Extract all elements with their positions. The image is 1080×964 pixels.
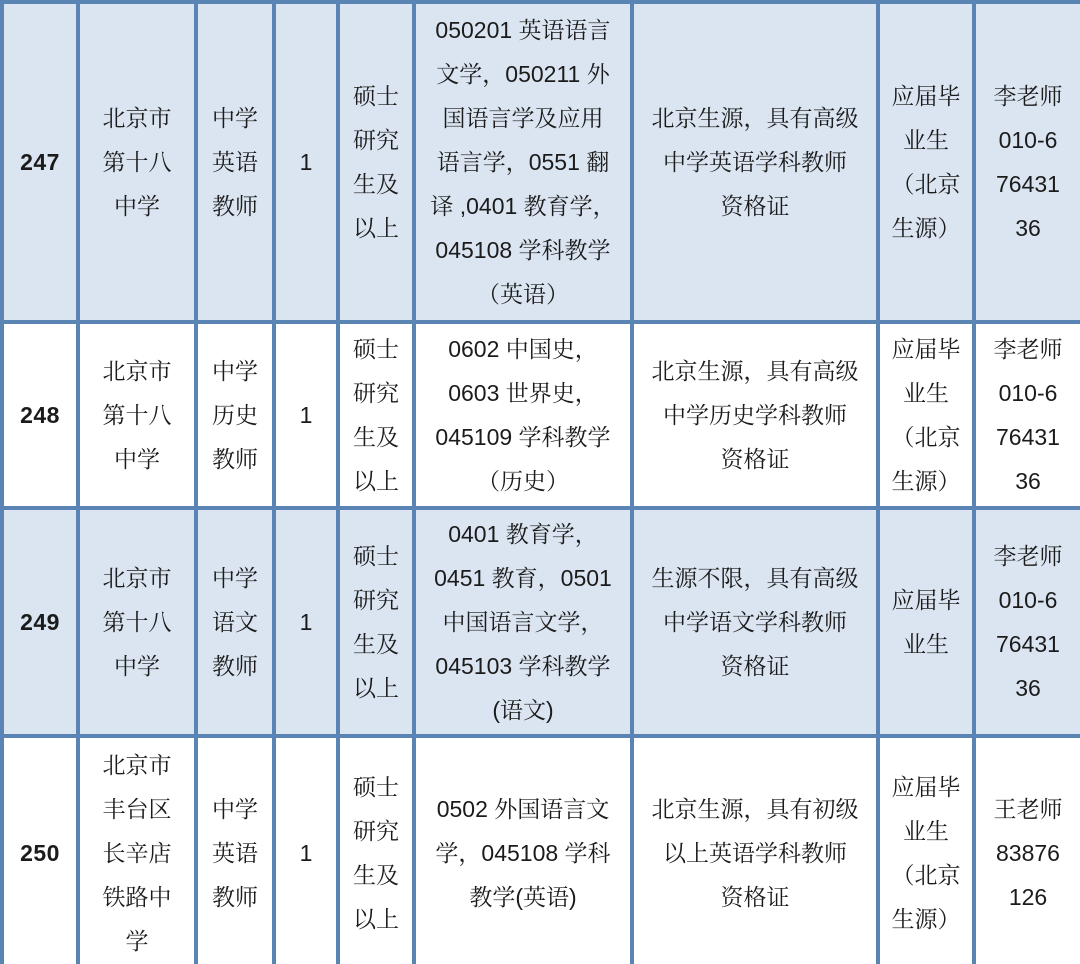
cell-school-name: 北京市 第十八 中学 [78,508,196,736]
page: 247 北京市 第十八 中学 中学 英语 教师 1 硕士 研究 生及 以上 05… [0,0,1080,964]
cell-other-requirements: 北京生源，具有高级 中学英语学科教师 资格证 [632,2,878,322]
cell-contact-info: 王老师 83876 126 [974,736,1080,964]
cell-headcount: 1 [274,508,338,736]
cell-education-requirement: 硕士 研究 生及 以上 [338,322,414,508]
cell-headcount: 1 [274,736,338,964]
table-row-250: 250 北京市 丰台区 长辛店 铁路中 学 中学 英语 教师 1 硕士 研究 生… [2,736,1080,964]
cell-row-number: 249 [2,508,78,736]
cell-graduate-type: 应届毕 业生 [878,508,974,736]
cell-major-requirements: 0401 教育学， 0451 教育，0501 中国语言文学， 045103 学科… [414,508,632,736]
cell-school-name: 北京市 第十八 中学 [78,322,196,508]
cell-education-requirement: 硕士 研究 生及 以上 [338,2,414,322]
table-row-249: 249 北京市 第十八 中学 中学 语文 教师 1 硕士 研究 生及 以上 04… [2,508,1080,736]
cell-row-number: 250 [2,736,78,964]
cell-row-number: 247 [2,2,78,322]
cell-school-name: 北京市 第十八 中学 [78,2,196,322]
cell-school-name: 北京市 丰台区 长辛店 铁路中 学 [78,736,196,964]
job-postings-table: 247 北京市 第十八 中学 中学 英语 教师 1 硕士 研究 生及 以上 05… [0,0,1080,964]
cell-graduate-type: 应届毕 业生 （北京 生源） [878,2,974,322]
cell-contact-info: 李老师 010-6 76431 36 [974,2,1080,322]
cell-other-requirements: 北京生源，具有初级 以上英语学科教师 资格证 [632,736,878,964]
cell-contact-info: 李老师 010-6 76431 36 [974,322,1080,508]
cell-graduate-type: 应届毕 业生 （北京 生源） [878,736,974,964]
cell-position-title: 中学 英语 教师 [196,736,274,964]
cell-position-title: 中学 英语 教师 [196,2,274,322]
cell-position-title: 中学 语文 教师 [196,508,274,736]
cell-major-requirements: 050201 英语语言 文学，050211 外 国语言学及应用 语言学，0551… [414,2,632,322]
cell-position-title: 中学 历史 教师 [196,322,274,508]
cell-education-requirement: 硕士 研究 生及 以上 [338,508,414,736]
cell-major-requirements: 0502 外国语言文 学，045108 学科 教学(英语) [414,736,632,964]
cell-headcount: 1 [274,2,338,322]
cell-row-number: 248 [2,322,78,508]
cell-other-requirements: 北京生源，具有高级 中学历史学科教师 资格证 [632,322,878,508]
cell-graduate-type: 应届毕 业生 （北京 生源） [878,322,974,508]
cell-contact-info: 李老师 010-6 76431 36 [974,508,1080,736]
cell-education-requirement: 硕士 研究 生及 以上 [338,736,414,964]
cell-other-requirements: 生源不限，具有高级 中学语文学科教师 资格证 [632,508,878,736]
cell-major-requirements: 0602 中国史， 0603 世界史， 045109 学科教学 （历史） [414,322,632,508]
cell-headcount: 1 [274,322,338,508]
table-row-248: 248 北京市 第十八 中学 中学 历史 教师 1 硕士 研究 生及 以上 06… [2,322,1080,508]
table-row-247: 247 北京市 第十八 中学 中学 英语 教师 1 硕士 研究 生及 以上 05… [2,2,1080,322]
